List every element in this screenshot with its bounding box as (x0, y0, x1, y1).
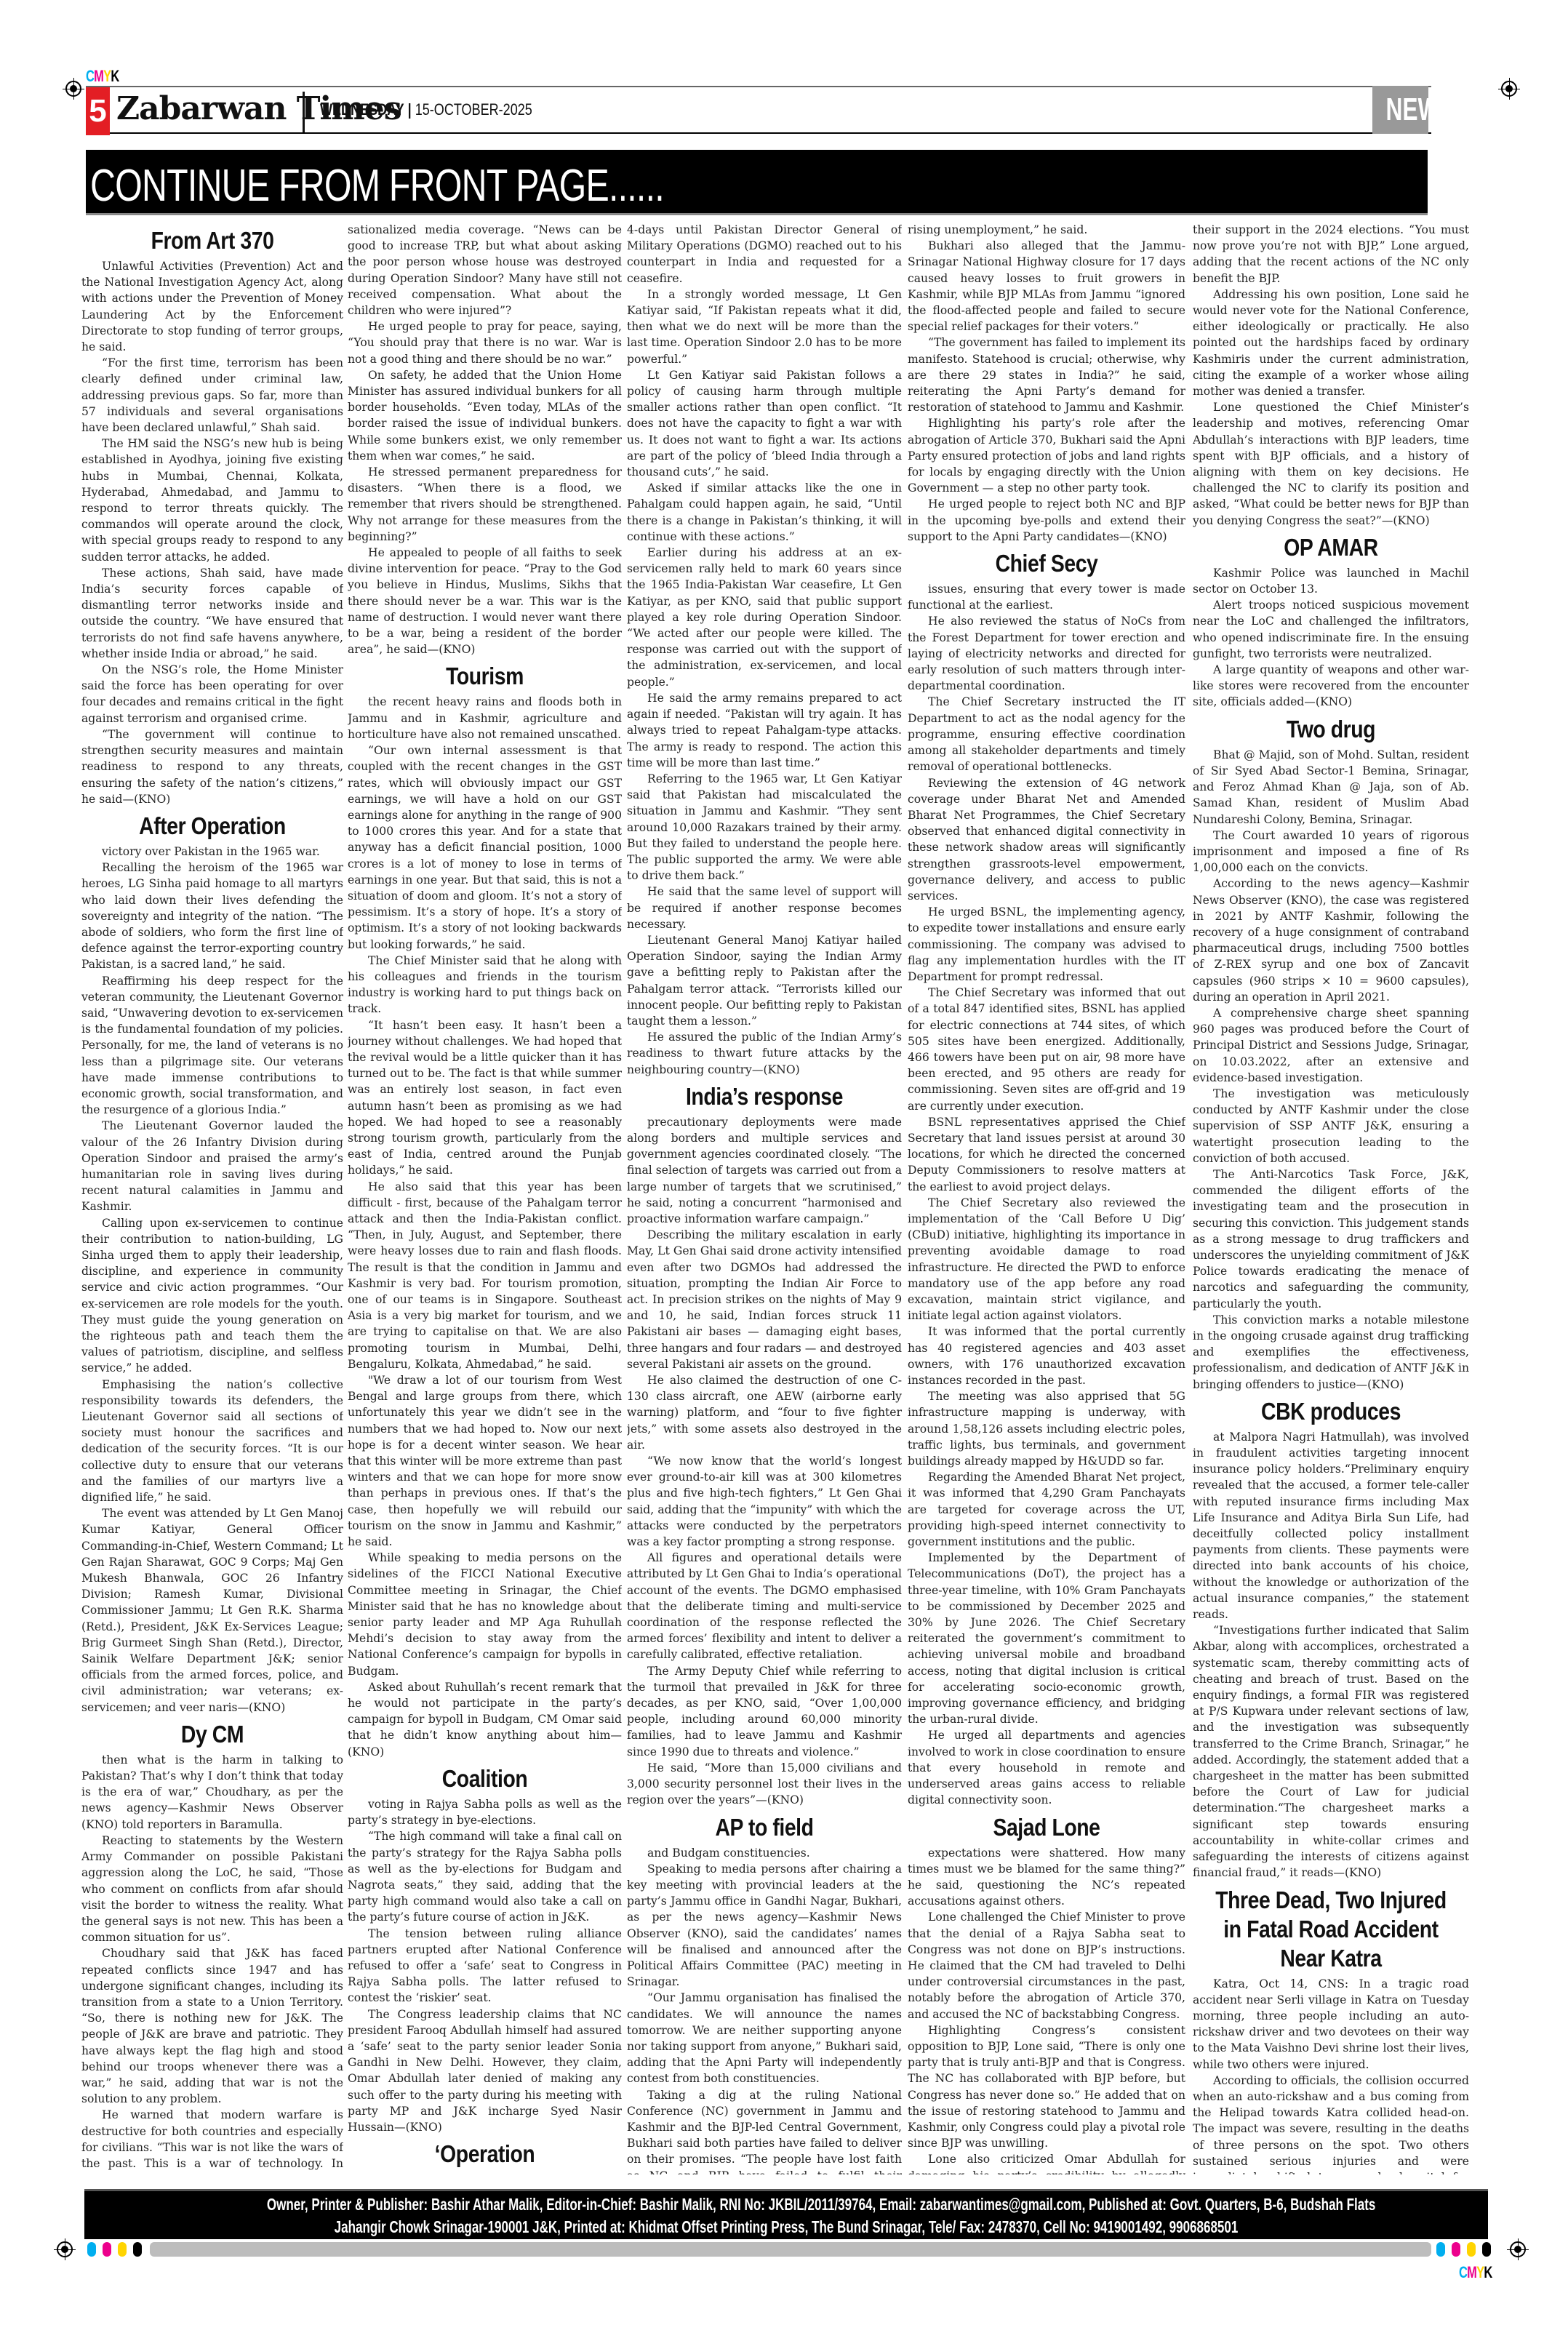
article-paragraph: Bukhari also alleged that the Jammu-Srin… (908, 238, 1185, 335)
cmyk-m: M (1467, 2263, 1476, 2281)
article-paragraph: The investigation was meticulously condu… (1193, 1086, 1469, 1167)
article-paragraph: precautionary deployments were made alon… (627, 1114, 902, 1227)
article-headline: OP AMAR (1212, 533, 1450, 562)
section-tab-label: NEWS (1385, 86, 1455, 134)
article-paragraph: All figures and operational details were… (627, 1550, 902, 1662)
article-paragraph: Addressing his own position, Lone said h… (1193, 287, 1469, 399)
article-paragraph: Choudhary said that J&K has faced repeat… (81, 1945, 343, 2107)
article-continuation: their support in the 2024 elections. “Yo… (1193, 222, 1469, 287)
ink-swatch-magenta (1452, 2242, 1460, 2257)
article-paragraph: “The government will continue to strengt… (81, 727, 343, 807)
masthead: 5 Zabarwan Times WEDNESDAY | 15-OCTOBER-… (86, 86, 1431, 134)
article-paragraph: “The government has failed to implement … (908, 335, 1185, 415)
ink-swatch-cyan (1436, 2242, 1445, 2257)
imprint-line-1: Owner, Printer & Publisher: Bashir Athar… (267, 2193, 1305, 2216)
article-paragraph: He also claimed the destruction of one C… (627, 1372, 902, 1453)
article-paragraph: Emphasising the nation’s collective resp… (81, 1377, 343, 1506)
article-paragraph: “Our Jammu organisation has finalised th… (627, 1990, 902, 2086)
article-paragraph: It was informed that the portal currentl… (908, 1324, 1185, 1388)
ink-swatch-cyan (87, 2242, 96, 2257)
article-continuation: rising unemployment,” he said. (908, 222, 1185, 238)
registration-mark-icon (1510, 2241, 1526, 2257)
article-paragraph: issues, ensuring that every tower is mad… (908, 581, 1185, 613)
ink-swatch-magenta (103, 2242, 111, 2257)
article-headline: Coalition (367, 1764, 602, 1793)
article-paragraph: Implemented by the Department of Telecom… (908, 1550, 1185, 1727)
article-paragraph: He appealed to people of all faiths to s… (348, 545, 622, 657)
article-paragraph: "We draw a lot of our tourism from West … (348, 1372, 622, 1550)
article-paragraph: then what is the harm in talking to Paki… (81, 1752, 343, 1833)
article-headline: Two drug (1212, 715, 1450, 744)
article-paragraph: He also reviewed the status of NoCs from… (908, 613, 1185, 694)
article-paragraph: He also said that this year has been dif… (348, 1179, 622, 1372)
section-tab-news: NEWS (1372, 86, 1428, 134)
article-paragraph: The Chief Secretary was informed that ou… (908, 985, 1185, 1114)
article-paragraph: According to officials, the collision oc… (1193, 2073, 1469, 2174)
ink-swatch-black (133, 2242, 142, 2257)
article-paragraph: The event was attended by Lt Gen Manoj K… (81, 1505, 343, 1716)
cmyk-y: Y (103, 67, 111, 85)
article-paragraph: Reaffirming his deep respect for the vet… (81, 973, 343, 1119)
article-paragraph: The meeting was also apprised that 5G in… (908, 1388, 1185, 1469)
article-paragraph: On the NSG’s role, the Home Minister sai… (81, 662, 343, 727)
article-paragraph: He said the army remains prepared to act… (627, 690, 902, 771)
article-paragraph: Bhat @ Majid, son of Mohd. Sultan, resid… (1193, 747, 1469, 828)
cmyk-c: C (1459, 2263, 1467, 2281)
weekday: WEDNESDAY (320, 100, 404, 119)
article-paragraph: Recalling the heroism of the 1965 war he… (81, 860, 343, 972)
column-4: rising unemployment,” he said.Bukhari al… (908, 222, 1185, 2174)
article-paragraph: This conviction marks a notable mileston… (1193, 1312, 1469, 1393)
article-paragraph: The tension between ruling alliance part… (348, 1926, 622, 2006)
cmyk-color-mark-bottom: CMYK (1459, 2263, 1492, 2282)
article-headline: AP to field (646, 1813, 882, 1842)
article-paragraph: The Chief Secretary also reviewed the im… (908, 1195, 1185, 1324)
article-paragraph: victory over Pakistan in the 1965 war. (81, 844, 343, 860)
article-paragraph: He warned that modern warfare is destruc… (81, 2107, 343, 2174)
article-headline: Tourism (367, 662, 602, 691)
article-paragraph: Alert troops noticed suspicious movement… (1193, 597, 1469, 662)
cmyk-k: K (1484, 2263, 1492, 2281)
article-paragraph: and Budgam constituencies. (627, 1845, 902, 1861)
article-paragraph: He said that the same level of support w… (627, 884, 902, 932)
gray-density-bar (150, 2242, 1431, 2257)
article-paragraph: at Malpora Nagri Hatmullah), was involve… (1193, 1429, 1469, 1622)
ink-swatch-yellow (1467, 2242, 1476, 2257)
banner-title: CONTINUE FROM FRONT PAGE...... (90, 160, 664, 212)
cmyk-color-mark-top: CMYK (86, 67, 119, 86)
article-paragraph: Highlighting Congress’s consistent oppos… (908, 2022, 1185, 2152)
article-paragraph: The Anti-Narcotics Task Force, J&K, comm… (1193, 1167, 1469, 1312)
article-paragraph: Lone also criticized Omar Abdullah for d… (908, 2151, 1185, 2174)
article-paragraph: “Investigations further indicated that S… (1193, 1622, 1469, 1881)
article-paragraph: The Chief Secretary instructed the IT De… (908, 694, 1185, 775)
article-paragraph: The Court awarded 10 years of rigorous i… (1193, 828, 1469, 876)
article-paragraph: Katra, Oct 14, CNS: In a tragic road acc… (1193, 1976, 1469, 2073)
article-paragraph: expectations were shattered. How many ti… (908, 1845, 1185, 1910)
article-paragraph: Lone questioned the Chief Minister’s lea… (1193, 399, 1469, 529)
article-continuation: 4-days until Pakistan Director General o… (627, 222, 902, 287)
registration-mark-icon (57, 2241, 73, 2257)
article-paragraph: Reviewing the extension of 4G network co… (908, 775, 1185, 905)
article-headline: Chief Secy (927, 549, 1167, 578)
article-paragraph: These actions, Shah said, have made Indi… (81, 565, 343, 662)
column-1: From Art 370Unlawful Activities (Prevent… (81, 222, 343, 2174)
article-paragraph: Lone challenged the Chief Minister to pr… (908, 1909, 1185, 2022)
dateline: WEDNESDAY | 15-OCTOBER-2025 (320, 100, 532, 119)
article-paragraph: Lieutenant General Manoj Katiyar hailed … (627, 932, 902, 1029)
article-paragraph: He said, “More than 15,000 civilians and… (627, 1760, 902, 1809)
registration-mark-icon (1501, 81, 1517, 97)
article-paragraph: “For the first time, terrorism has been … (81, 355, 343, 436)
imprint-line-2: Jahangir Chowk Srinagar-190001 J&K, Prin… (267, 2216, 1305, 2238)
cmyk-m: M (94, 67, 103, 85)
article-paragraph: He assured the public of the Indian Army… (627, 1029, 902, 1078)
ink-swatch-yellow (118, 2242, 127, 2257)
article-headline: Dy CM (100, 1720, 325, 1749)
article-paragraph: Referring to the 1965 war, Lt Gen Katiya… (627, 771, 902, 884)
masthead-divider (303, 92, 305, 132)
article-paragraph: Describing the military escalation in ea… (627, 1227, 902, 1372)
article-paragraph: “We now know that the world’s longest ev… (627, 1453, 902, 1550)
article-paragraph: Earlier during his address at an ex-serv… (627, 545, 902, 690)
article-paragraph: the recent heavy rains and floods both i… (348, 694, 622, 743)
article-paragraph: Speaking to media persons after chairing… (627, 1861, 902, 1990)
article-paragraph: voting in Rajya Sabha polls as well as t… (348, 1796, 622, 1828)
article-paragraph: Kashmir Police was launched in Machil se… (1193, 565, 1469, 597)
issue-date: 15-OCTOBER-2025 (415, 100, 532, 119)
page-number: 5 (86, 87, 110, 135)
article-headline: Sajad Lone (927, 1813, 1167, 1842)
article-paragraph: He stressed permanent preparedness for d… (348, 464, 622, 545)
article-paragraph: A large quantity of weapons and other wa… (1193, 662, 1469, 711)
column-3: 4-days until Pakistan Director General o… (627, 222, 902, 2174)
article-paragraph: Asked if similar attacks like the one in… (627, 480, 902, 545)
ink-swatch-black (1482, 2242, 1491, 2257)
section-banner: CONTINUE FROM FRONT PAGE...... (86, 150, 1428, 215)
article-headline: ‘Operation (367, 2140, 602, 2169)
article-headline: India’s response (646, 1082, 882, 1111)
article-columns: From Art 370Unlawful Activities (Prevent… (79, 222, 1475, 2174)
article-paragraph: The Congress leadership claims that NC p… (348, 2006, 622, 2136)
article-paragraph: “Our own internal assessment is that cou… (348, 743, 622, 953)
article-paragraph: In a strongly worded message, Lt Gen Kat… (627, 287, 902, 367)
article-headline: CBK produces (1212, 1397, 1450, 1426)
cmyk-k: K (111, 67, 119, 85)
article-headline: After Operation (100, 812, 325, 841)
cmyk-y: Y (1476, 2263, 1484, 2281)
article-paragraph: The Lieutenant Governor lauded the valou… (81, 1118, 343, 1214)
article-paragraph: Unlawful Activities (Prevention) Act and… (81, 258, 343, 355)
article-paragraph: Calling upon ex-servicemen to continue t… (81, 1215, 343, 1377)
article-paragraph: BSNL representatives apprised the Chief … (908, 1114, 1185, 1195)
article-paragraph: Highlighting his party’s role after the … (908, 415, 1185, 496)
article-paragraph: “It hasn’t been easy. It hasn’t been a j… (348, 1017, 622, 1179)
article-paragraph: Asked about Ruhullah’s recent remark tha… (348, 1679, 622, 1760)
article-paragraph: According to the news agency—Kashmir New… (1193, 876, 1469, 1005)
article-paragraph: Regarding the Amended Bharat Net project… (908, 1469, 1185, 1550)
registration-mark-icon (65, 81, 81, 97)
article-headline: Three Dead, Two Injured in Fatal Road Ac… (1212, 1886, 1450, 1973)
article-headline: From Art 370 (100, 226, 325, 255)
cmyk-c: C (86, 67, 94, 85)
article-paragraph: The Chief Minister said that he along wi… (348, 953, 622, 1017)
article-paragraph: He urged people to reject both NC and BJ… (908, 496, 1185, 545)
imprint-footer: Owner, Printer & Publisher: Bashir Athar… (84, 2189, 1488, 2239)
column-2: sationalized media coverage. “News can b… (348, 222, 622, 2174)
article-paragraph: Taking a dig at the ruling National Conf… (627, 2087, 902, 2174)
article-paragraph: “The high command will take a final call… (348, 1828, 622, 1925)
article-paragraph: Lt Gen Katiyar said Pakistan follows a p… (627, 367, 902, 480)
article-paragraph: On safety, he added that the Union Home … (348, 367, 622, 464)
article-paragraph: Reacting to statements by the Western Ar… (81, 1833, 343, 1945)
article-paragraph: He urged all departments and agencies in… (908, 1727, 1185, 1808)
article-paragraph: mostly tourists dead. The Indian armed f… (348, 2172, 622, 2174)
column-5: their support in the 2024 elections. “Yo… (1193, 222, 1469, 2174)
article-paragraph: The HM said the NSG’s new hub is being e… (81, 436, 343, 565)
dateline-separator: | (408, 100, 412, 119)
article-paragraph: The Army Deputy Chief while referring to… (627, 1663, 902, 1760)
article-paragraph: While speaking to media persons on the s… (348, 1550, 622, 1679)
article-paragraph: He urged BSNL, the implementing agency, … (908, 904, 1185, 985)
article-continuation: sationalized media coverage. “News can b… (348, 222, 622, 319)
article-paragraph: A comprehensive charge sheet spanning 96… (1193, 1005, 1469, 1086)
article-paragraph: He urged people to pray for peace, sayin… (348, 319, 622, 367)
